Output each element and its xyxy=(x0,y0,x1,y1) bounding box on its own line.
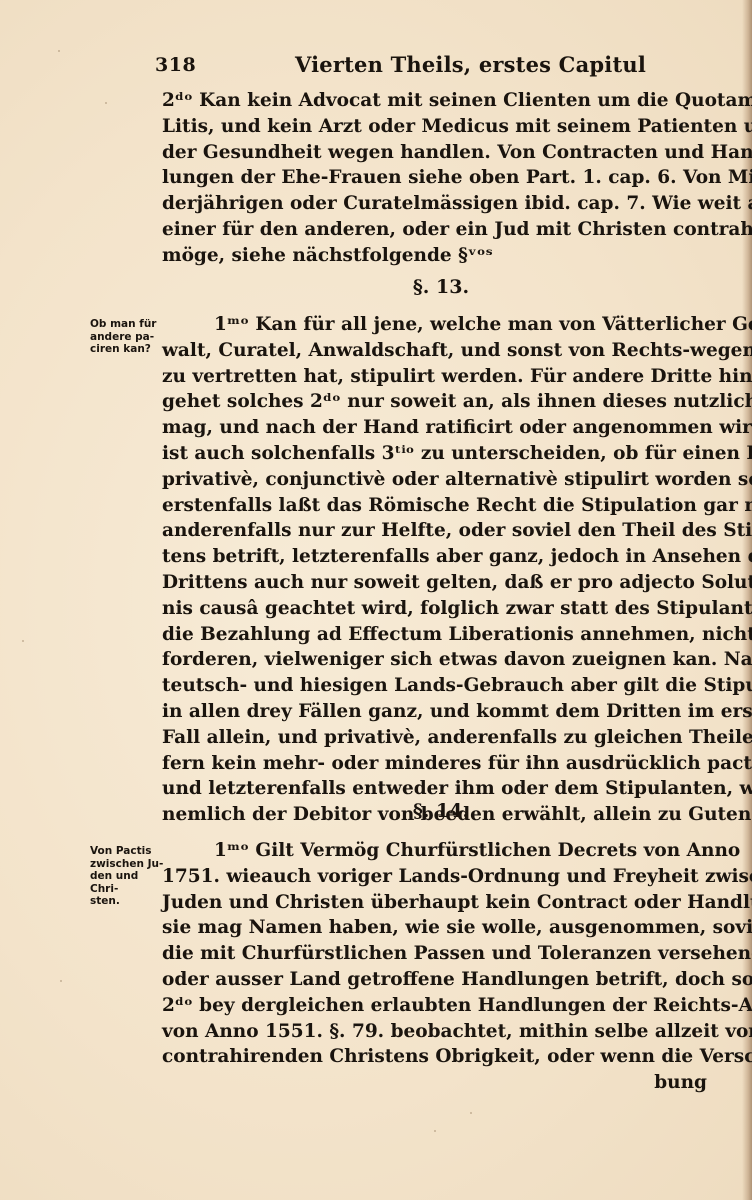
text-line: Fall allein, und privativè, anderenfalls… xyxy=(162,725,707,751)
running-head: 318 Vierten Theils, erstes Capitul xyxy=(155,52,715,80)
text-line: ist auch solchenfalls 3ᵗⁱᵒ zu unterschei… xyxy=(162,441,707,467)
opening-paragraph: 2ᵈᵒ Kan kein Advocat mit seinen Clienten… xyxy=(162,88,707,269)
text-line: Juden und Christen überhaupt kein Contra… xyxy=(162,890,707,916)
text-line: Drittens auch nur soweit gelten, daß er … xyxy=(162,570,707,596)
running-title: Vierten Theils, erstes Capitul xyxy=(295,52,646,77)
text-line: einer für den anderen, oder ein Jud mit … xyxy=(162,217,707,243)
text-line: privativè, conjunctivè oder alternativè … xyxy=(162,467,707,493)
text-line: contrahirenden Christens Obrigkeit, oder… xyxy=(162,1044,707,1070)
section-13-heading: §. 13. xyxy=(0,276,752,298)
paper-speck xyxy=(470,1112,472,1114)
book-page: 318 Vierten Theils, erstes Capitul 2ᵈᵒ K… xyxy=(0,0,752,1200)
section-14-marginal-note: Von Pactis zwischen Ju- den und Chri- st… xyxy=(90,845,164,908)
text-line: derjährigen oder Curatelmässigen ibid. c… xyxy=(162,191,707,217)
marginal-note-line: Von Pactis xyxy=(90,845,164,858)
paper-speck xyxy=(60,980,62,982)
section-14-heading: §. 14. xyxy=(0,800,752,822)
paper-speck xyxy=(434,1130,436,1132)
text-line: und letzterenfalls entweder ihm oder dem… xyxy=(162,776,707,802)
text-line: der Gesundheit wegen handlen. Von Contra… xyxy=(162,140,707,166)
text-line: 1751. wieauch voriger Lands-Ordnung und … xyxy=(162,864,707,890)
text-line: oder ausser Land getroffene Handlungen b… xyxy=(162,967,707,993)
catchword: bung xyxy=(162,1070,707,1096)
text-line: Litis, und kein Arzt oder Medicus mit se… xyxy=(162,114,707,140)
marginal-note-line: Ob man für xyxy=(90,318,164,331)
text-line: lungen der Ehe-Frauen siehe oben Part. 1… xyxy=(162,165,707,191)
text-line: mag, und nach der Hand ratificirt oder a… xyxy=(162,415,707,441)
text-line: von Anno 1551. §. 79. beobachtet, mithin… xyxy=(162,1019,707,1045)
text-line: nis causâ geachtet wird, folglich zwar s… xyxy=(162,596,707,622)
page-number: 318 xyxy=(155,54,196,76)
text-line: die Bezahlung ad Effectum Liberationis a… xyxy=(162,622,707,648)
text-line: teutsch- und hiesigen Lands-Gebrauch abe… xyxy=(162,673,707,699)
text-line: möge, siehe nächstfolgende §ᵛᵒˢ xyxy=(162,243,707,269)
section-13-body: 1ᵐᵒ Kan für all jene, welche man von Vät… xyxy=(162,312,707,828)
text-line: 1ᵐᵒ Kan für all jene, welche man von Vät… xyxy=(162,312,707,338)
text-line: 2ᵈᵒ bey dergleichen erlaubten Handlungen… xyxy=(162,993,707,1019)
text-line: fern kein mehr- oder minderes für ihn au… xyxy=(162,751,707,777)
text-line: sie mag Namen haben, wie sie wolle, ausg… xyxy=(162,915,707,941)
paper-speck xyxy=(105,102,107,104)
text-line: gehet solches 2ᵈᵒ nur soweit an, als ihn… xyxy=(162,389,707,415)
marginal-note-line: den und Chri- xyxy=(90,870,164,895)
text-line: walt, Curatel, Anwaldschaft, und sonst v… xyxy=(162,338,707,364)
text-line: 2ᵈᵒ Kan kein Advocat mit seinen Clienten… xyxy=(162,88,707,114)
text-line: tens betrift, letzterenfalls aber ganz, … xyxy=(162,544,707,570)
paper-speck xyxy=(22,640,24,642)
section-13-marginal-note: Ob man für andere pa- ciren kan? xyxy=(90,318,164,356)
text-line: die mit Churfürstlichen Passen und Toler… xyxy=(162,941,707,967)
text-line: erstenfalls laßt das Römische Recht die … xyxy=(162,493,707,519)
text-line: in allen drey Fällen ganz, und kommt dem… xyxy=(162,699,707,725)
marginal-note-line: zwischen Ju- xyxy=(90,858,164,871)
text-line: anderenfalls nur zur Helfte, oder soviel… xyxy=(162,518,707,544)
text-line: forderen, vielweniger sich etwas davon z… xyxy=(162,647,707,673)
text-line: 1ᵐᵒ Gilt Vermög Churfürstlichen Decrets … xyxy=(162,838,707,864)
marginal-note-line: sten. xyxy=(90,895,164,908)
text-line: zu vertretten hat, stipulirt werden. Für… xyxy=(162,364,707,390)
section-14-body: 1ᵐᵒ Gilt Vermög Churfürstlichen Decrets … xyxy=(162,838,707,1096)
paper-speck xyxy=(58,50,60,52)
marginal-note-line: andere pa- xyxy=(90,331,164,344)
marginal-note-line: ciren kan? xyxy=(90,343,164,356)
